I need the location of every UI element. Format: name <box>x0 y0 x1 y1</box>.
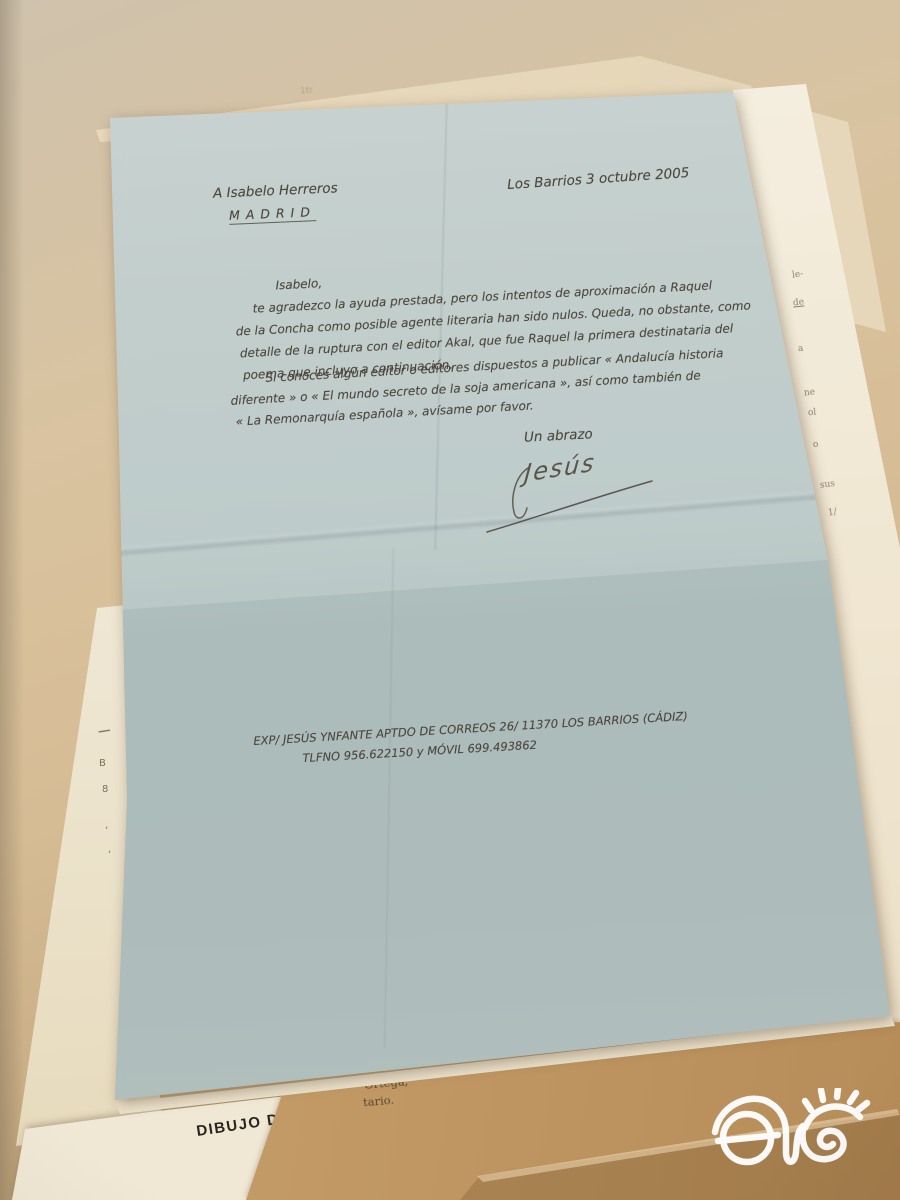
sender-address: EXP/ JESÚS YNFANTE APTDO DE CORREOS 26/ … <box>253 709 688 748</box>
typed-fragment: le- <box>792 269 804 280</box>
salutation: Isabelo, <box>275 251 749 297</box>
faint-ink-smudge: 1tr <box>300 86 314 97</box>
pen-mark: 8 <box>102 784 108 795</box>
right-spiral-eye <box>803 1130 844 1159</box>
closing-line: Un abrazo <box>524 426 593 446</box>
body-line: te agradezco la ayuda prestada, pero los… <box>252 272 750 319</box>
signature: Jesús <box>476 446 681 541</box>
body-line: poema que incluyo a continuación. <box>242 338 753 386</box>
sender-phones: TLFNO 956.622150 y MÓVIL 699.493862 <box>302 729 689 765</box>
body-line: « La Remonarquía española », avísame por… <box>235 385 726 432</box>
body-line: de la Concha como posible agente literar… <box>235 294 751 342</box>
body-line: detalle de la ruptura con el editor Akal… <box>239 316 752 364</box>
caption-text: DIBUJO DE <box>195 1109 292 1140</box>
vertical-fold-crease <box>434 98 448 550</box>
signature-flourish <box>476 446 681 541</box>
letter-paragraph-2: Si conoces algún editor o editores dispu… <box>227 343 726 433</box>
typed-fragment: ne <box>804 387 816 398</box>
dateline: Los Barrios 3 octubre 2005 <box>507 165 690 193</box>
typed-fragment: a <box>797 344 803 355</box>
letter-paragraph-1: Isabelo, te agradezco la ayuda prestada,… <box>225 251 754 387</box>
typed-fragment: ol <box>808 408 817 419</box>
typed-fragment-kraft: tario. <box>362 1093 394 1110</box>
pen-mark: B <box>99 758 106 769</box>
pen-mark: , <box>105 820 108 831</box>
sender-contact: EXP/ JESÚS YNFANTE APTDO DE CORREOS 26/ … <box>253 709 689 768</box>
pen-mark: , <box>108 844 111 855</box>
glasses-eyes-logo <box>706 1088 884 1184</box>
table-edge-shadow <box>0 0 24 1200</box>
typed-fragment: 1/ <box>827 507 837 518</box>
typed-fragment: sus <box>819 479 835 491</box>
typed-fragment: o <box>812 440 818 451</box>
vertical-fold-crease <box>384 548 395 1048</box>
photo-of-letter: { "letter": { "recipient_line": "A Isabe… <box>0 0 900 1200</box>
body-line: diferente » o « El mundo secreto de la s… <box>230 364 725 412</box>
recipient-city: MADRID <box>229 204 317 225</box>
body-line: Si conoces algún editor o editores dispu… <box>265 343 724 389</box>
signature-name: Jesús <box>523 448 597 488</box>
recipient-line: A Isabelo Herreros <box>213 180 338 201</box>
typed-fragment: de <box>793 297 805 308</box>
